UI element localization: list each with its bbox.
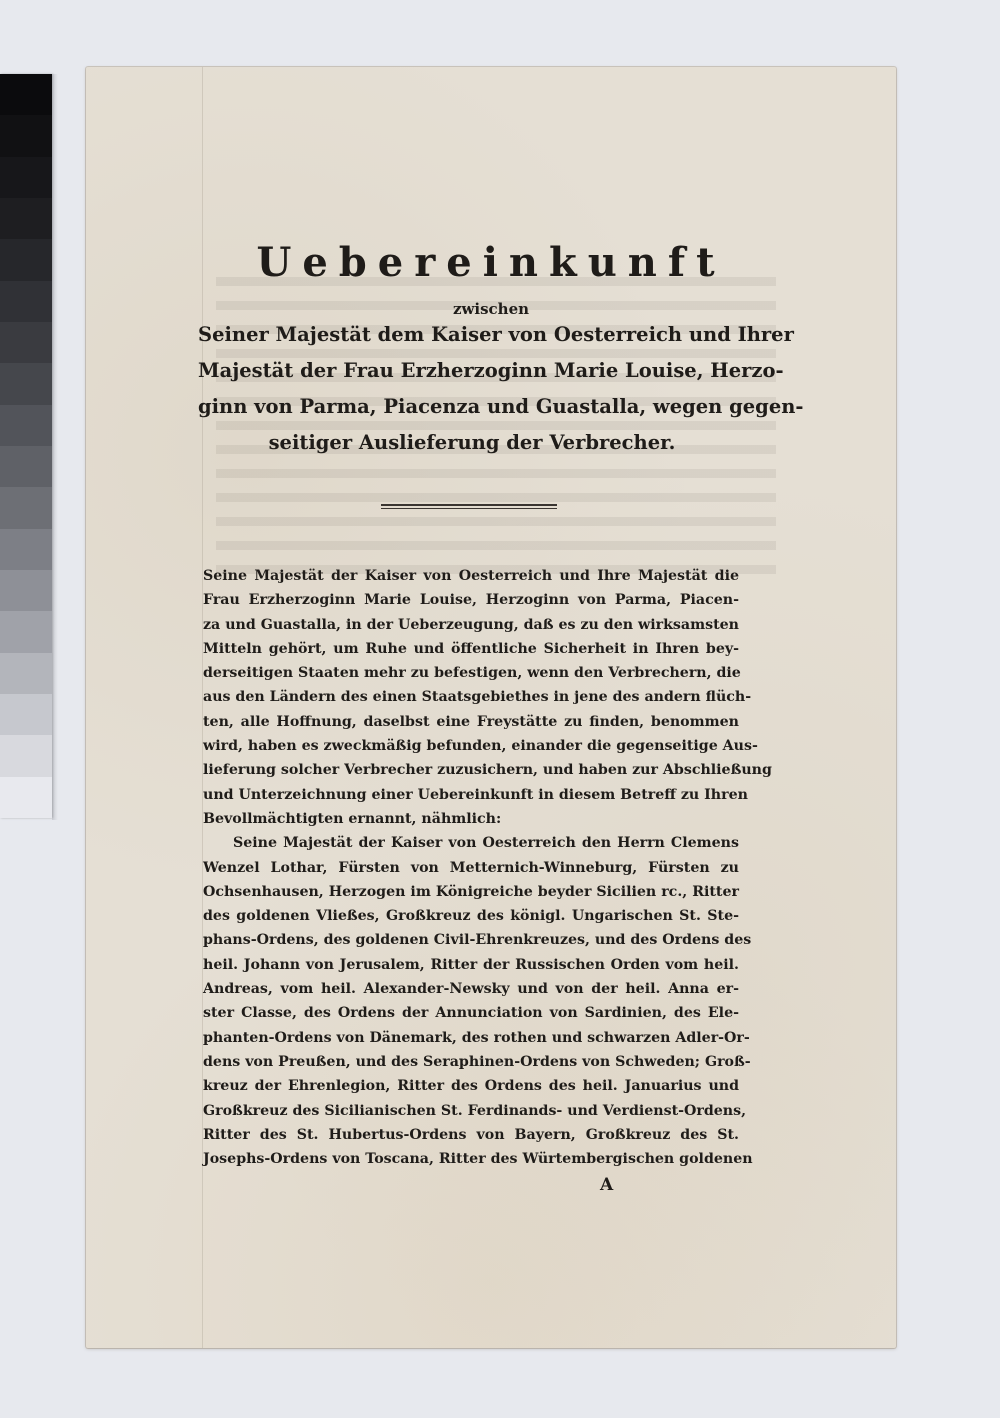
treaty-body-text: Seine Majestät der Kaiser von Oesterreic…	[203, 564, 739, 1171]
document-page: Uebereinkunft zwischen Seiner Majestät d…	[86, 67, 896, 1348]
gray-patch	[0, 281, 52, 322]
document-title: Uebereinkunft	[86, 239, 896, 287]
body-line: wird, haben es zweckmäßig befunden, eina…	[203, 734, 739, 758]
body-line: phanten-Ordens von Dänemark, des rothen …	[203, 1026, 739, 1050]
gray-patch	[0, 157, 52, 198]
body-line: ster Classe, des Ordens der Annunciation…	[203, 1001, 739, 1025]
double-rule-divider	[381, 504, 557, 509]
parties-line: Seiner Majestät dem Kaiser von Oesterrei…	[198, 317, 746, 353]
body-line: ten, alle Hoffnung, daselbst eine Freyst…	[203, 710, 739, 734]
signature-mark: A	[600, 1175, 613, 1195]
body-line: Wenzel Lothar, Fürsten von Metternich-Wi…	[203, 856, 739, 880]
body-line: phans-Ordens, des goldenen Civil-Ehrenkr…	[203, 928, 739, 952]
gray-calibration-strip	[0, 74, 52, 818]
body-line: Josephs-Ordens von Toscana, Ritter des W…	[203, 1147, 739, 1171]
gray-patch	[0, 198, 52, 239]
body-line: Ritter des St. Hubertus-Ordens von Bayer…	[203, 1123, 739, 1147]
body-line: derseitigen Staaten mehr zu befestigen, …	[203, 661, 739, 685]
body-line: Frau Erzherzoginn Marie Louise, Herzogin…	[203, 588, 739, 612]
parties-line: ginn von Parma, Piacenza und Guastalla, …	[198, 389, 746, 425]
gray-patch	[0, 115, 52, 156]
gray-patch	[0, 653, 52, 694]
body-line: des goldenen Vließes, Großkreuz des köni…	[203, 904, 739, 928]
gray-patch	[0, 694, 52, 735]
body-line: lieferung solcher Verbrecher zuzusichern…	[203, 758, 739, 782]
body-line: Seine Majestät der Kaiser von Oesterreic…	[203, 831, 739, 855]
gray-patch	[0, 363, 52, 404]
body-line: Mitteln gehört, um Ruhe und öffentliche …	[203, 637, 739, 661]
body-line: Andreas, vom heil. Alexander-Newsky und …	[203, 977, 739, 1001]
body-line: aus den Ländern des einen Staatsgebiethe…	[203, 685, 739, 709]
body-line: heil. Johann von Jerusalem, Ritter der R…	[203, 953, 739, 977]
body-line: Großkreuz des Sicilianischen St. Ferdina…	[203, 1099, 739, 1123]
body-line: Seine Majestät der Kaiser von Oesterreic…	[203, 564, 739, 588]
gray-patch	[0, 239, 52, 280]
document-subtitle-between: zwischen	[86, 299, 896, 319]
parties-line: Majestät der Frau Erzherzoginn Marie Lou…	[198, 353, 746, 389]
body-line: dens von Preußen, und des Seraphinen-Ord…	[203, 1050, 739, 1074]
body-line: und Unterzeichnung einer Uebereinkunft i…	[203, 783, 739, 807]
parties-line: seitiger Auslieferung der Verbrecher.	[198, 425, 746, 461]
body-line: za und Guastalla, in der Ueberzeugung, d…	[203, 613, 739, 637]
gray-patch	[0, 570, 52, 611]
gray-patch	[0, 529, 52, 570]
gray-patch	[0, 777, 52, 818]
body-line: Ochsenhausen, Herzogen im Königreiche be…	[203, 880, 739, 904]
gray-patch	[0, 611, 52, 652]
parties-heading: Seiner Majestät dem Kaiser von Oesterrei…	[198, 317, 746, 461]
gray-patch	[0, 446, 52, 487]
body-line: Bevollmächtigten ernannt, nähmlich:	[203, 807, 739, 831]
gray-patch	[0, 74, 52, 115]
gray-patch	[0, 735, 52, 776]
strip-shadow	[52, 74, 58, 820]
gray-patch	[0, 405, 52, 446]
gray-patch	[0, 322, 52, 363]
gray-patch	[0, 487, 52, 528]
body-line: kreuz der Ehrenlegion, Ritter des Ordens…	[203, 1074, 739, 1098]
